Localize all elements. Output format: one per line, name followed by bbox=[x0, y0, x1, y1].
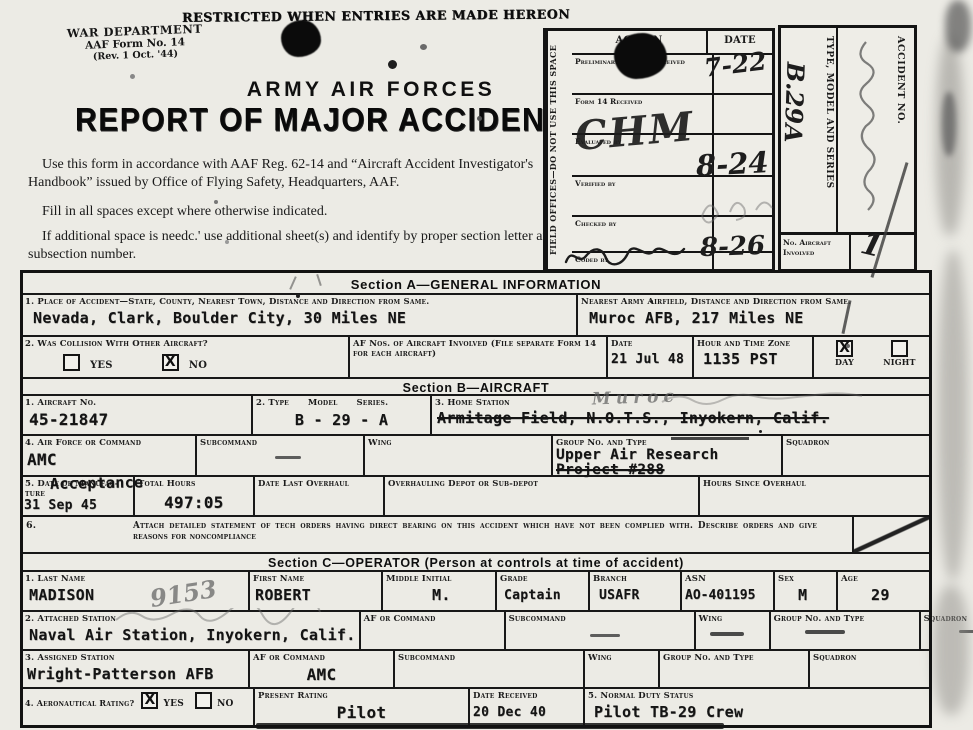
total-hours-label: Total Hours bbox=[138, 479, 250, 489]
branch-label: Branch bbox=[593, 574, 677, 584]
form-id-block: WAR DEPARTMENT AAF Form No. 14 (Rev. 1 O… bbox=[54, 21, 215, 64]
page-corner-shadow bbox=[945, 0, 971, 52]
instructions-paragraph-3: If additional space is needc.' use addit… bbox=[28, 228, 558, 264]
row-collision-date: 2. Was Collision With Other Aircraft? YE… bbox=[22, 337, 930, 379]
subcommand-label: Subcommand bbox=[200, 438, 360, 448]
cutoff-next-section-text bbox=[256, 723, 724, 729]
wing-label: Wing bbox=[368, 438, 548, 448]
home-station-cell: 3. Home Station Armitage Field, N.O.T.S.… bbox=[432, 396, 930, 434]
row-air-force-command: 4. Air Force or Command AMC Subcommand W… bbox=[22, 436, 930, 477]
aeronautical-rating-label: 4. Aeronautical Rating? bbox=[25, 698, 134, 708]
row-attached-station: 2. Attached Station Naval Air Station, I… bbox=[22, 612, 930, 651]
assigned-subcommand-cell: Subcommand bbox=[395, 651, 585, 687]
middle-initial-value: M. bbox=[432, 588, 492, 604]
page-edge-smudge bbox=[942, 92, 956, 156]
restricted-banner: RESTRICTED WHEN ENTRIES ARE MADE HEREON bbox=[182, 6, 570, 24]
handwritten-date-8-24: 8-24 bbox=[695, 148, 769, 181]
hour-time-zone-cell: Hour and Time Zone 1135 PST bbox=[694, 337, 814, 377]
scan-speck bbox=[477, 116, 482, 121]
pencil-dash-mark bbox=[805, 630, 845, 634]
attached-command-cell: AF or Command bbox=[361, 612, 506, 649]
type-model-series-row-label: 2. Type Model Series. bbox=[256, 398, 427, 408]
type-model-series-label: TYPE, MODEL AND SERIES bbox=[823, 36, 834, 189]
handwritten-date-7-22: 7-22 bbox=[703, 48, 768, 80]
af-or-command-label: AF or Command bbox=[364, 614, 501, 624]
normal-duty-status-value: Pilot TB-29 Crew bbox=[594, 705, 927, 721]
scan-speck bbox=[225, 240, 229, 244]
assigned-wing-cell: Wing bbox=[585, 651, 660, 687]
org-title: ARMY AIR FORCES bbox=[178, 78, 564, 102]
subcommand-label: Subcommand bbox=[509, 614, 691, 624]
accident-date-label: Date bbox=[611, 339, 689, 349]
age-value: 29 bbox=[871, 588, 927, 604]
first-name-label: First Name bbox=[253, 574, 378, 584]
attached-group-cell: Group No. and Type bbox=[771, 612, 921, 649]
overhauling-depot-cell: Overhauling Depot or Sub-depot bbox=[385, 477, 700, 515]
present-rating-cell: Present Rating Pilot bbox=[255, 689, 470, 725]
section-a-header: Section A—GENERAL INFORMATION bbox=[22, 272, 930, 295]
assigned-station-cell: 3. Assigned Station Wright-Patterson AFB bbox=[22, 651, 250, 687]
pencil-strike-mark bbox=[671, 437, 749, 440]
af-numbers-label: AF Nos. of Aircraft Involved (File separ… bbox=[353, 339, 603, 359]
place-of-accident-value: Nevada, Clark, Boulder City, 30 Miles NE bbox=[33, 311, 573, 327]
attached-subcommand-cell: Subcommand bbox=[506, 612, 696, 649]
collision-yes-label: YES bbox=[90, 360, 113, 371]
assigned-group-cell: Group No. and Type bbox=[660, 651, 810, 687]
day-checkbox: X bbox=[836, 340, 853, 357]
group-label: Group No. and Type bbox=[663, 653, 805, 663]
middle-initial-label: Middle Initial bbox=[386, 574, 492, 584]
wing-cell: Wing bbox=[365, 436, 553, 475]
row-place-of-accident: 1. Place of Accident—State, County, Near… bbox=[22, 295, 930, 337]
ink-blot bbox=[614, 33, 667, 79]
aircraft-no-cell: 1. Aircraft No. 45-21847 bbox=[22, 396, 253, 434]
hour-time-zone-value: 1135 PST bbox=[703, 352, 809, 368]
assigned-station-label: 3. Assigned Station bbox=[25, 653, 245, 663]
hours-since-overhaul-cell: Hours Since Overhaul bbox=[700, 477, 930, 515]
night-label: NIGHT bbox=[872, 358, 927, 368]
scan-speck bbox=[130, 74, 135, 79]
aircraft-no-label: 1. Aircraft No. bbox=[25, 398, 248, 408]
scanned-accident-report-page: WAR DEPARTMENT AAF Form No. 14 (Rev. 1 O… bbox=[0, 0, 973, 730]
date-received-cell: Date Received 20 Dec 40 bbox=[470, 689, 585, 725]
day-night-cell: X DAY NIGHT bbox=[814, 337, 930, 377]
accident-date-cell: Date 21 Jul 48 bbox=[608, 337, 694, 377]
scan-speck bbox=[214, 200, 218, 204]
hours-since-overhaul-label: Hours Since Overhaul bbox=[703, 479, 927, 489]
row-operator-name: 1. Last Name MADISON 9153 First Name ROB… bbox=[22, 572, 930, 612]
page-edge-smudge bbox=[933, 585, 969, 715]
verified-by-faint-scribble bbox=[690, 182, 780, 226]
squadron-label: Squadron bbox=[786, 438, 927, 448]
af-numbers-cell: AF Nos. of Aircraft Involved (File separ… bbox=[350, 337, 608, 377]
nearest-airfield-cell: Nearest Army Airfield, Distance and Dire… bbox=[578, 295, 930, 335]
attached-station-pencil-scribble bbox=[112, 608, 342, 626]
assigned-command-value: AMC bbox=[253, 667, 390, 684]
scan-speck bbox=[759, 430, 762, 433]
total-hours-cell: Total Hours 497:05 bbox=[135, 477, 255, 515]
coded-by-signature-scribble bbox=[560, 240, 690, 270]
squadron-cell: Squadron bbox=[783, 436, 930, 475]
row-tech-orders: 6. Attach detailed statement of tech ord… bbox=[22, 517, 930, 554]
accident-no-cell: ACCIDENT NO. bbox=[838, 28, 914, 232]
rating-no-label: NO bbox=[217, 699, 233, 709]
place-of-accident-cell: 1. Place of Accident—State, County, Near… bbox=[22, 295, 578, 335]
assigned-command-cell: AF or Command AMC bbox=[250, 651, 395, 687]
date-of-manufacture-value: 31 Sep 45 bbox=[24, 499, 97, 513]
branch-value: USAFR bbox=[599, 589, 677, 603]
last-name-cell: 1. Last Name MADISON 9153 bbox=[22, 572, 250, 610]
sex-value: M bbox=[798, 588, 833, 604]
type-model-series-value: B - 29 - A bbox=[256, 413, 427, 429]
collision-question-label: 2. Was Collision With Other Aircraft? bbox=[25, 339, 345, 349]
page-edge-smudge bbox=[938, 250, 968, 580]
squadron-label: Squadron bbox=[813, 653, 927, 663]
group-cell: Group No. and Type Upper Air Research Pr… bbox=[553, 436, 783, 475]
type-accident-box: TYPE, MODEL AND SERIES B.29A ACCIDENT NO… bbox=[778, 25, 917, 235]
age-cell: Age 29 bbox=[838, 572, 930, 610]
scan-speck bbox=[388, 60, 397, 69]
accident-date-value: 21 Jul 48 bbox=[611, 353, 689, 367]
sex-cell: Sex M bbox=[775, 572, 838, 610]
row-manufacture-hours: 5. Date of Manufac-ture Acceptance 31 Se… bbox=[22, 477, 930, 517]
item-6-number: 6. bbox=[26, 520, 36, 531]
group-label: Group No. and Type bbox=[774, 614, 916, 624]
handwritten-date-8-26: 8-26 bbox=[700, 233, 766, 261]
aircraft-no-value: 45-21847 bbox=[29, 412, 248, 429]
af-or-command-label: AF or Command bbox=[253, 653, 390, 663]
grade-value: Captain bbox=[504, 589, 585, 603]
aircraft-involved-label: No. Aircraft Involved bbox=[781, 235, 851, 269]
last-name-pencil-scribble: 9153 bbox=[149, 577, 219, 611]
overhauling-depot-label: Overhauling Depot or Sub-depot bbox=[388, 479, 695, 489]
normal-duty-status-label: 5. Normal Duty Status bbox=[588, 691, 927, 701]
rating-yes-label: YES bbox=[164, 699, 184, 709]
pencil-dash-mark bbox=[590, 634, 620, 637]
air-force-command-cell: 4. Air Force or Command AMC bbox=[22, 436, 197, 475]
nearest-airfield-value: Muroc AFB, 217 Miles NE bbox=[589, 311, 927, 327]
group-value-line1: Upper Air Research bbox=[556, 448, 778, 463]
aircraft-involved-box: No. Aircraft Involved 1 bbox=[778, 235, 917, 272]
middle-initial-cell: Middle Initial M. bbox=[383, 572, 497, 610]
branch-cell: Branch USAFR bbox=[590, 572, 682, 610]
tech-orders-note: Attach detailed statement of tech orders… bbox=[133, 521, 817, 542]
attached-wing-cell: Wing bbox=[696, 612, 771, 649]
pencil-dash-mark bbox=[275, 456, 301, 459]
page-title: REPORT OF MAJOR ACCIDENT bbox=[70, 103, 570, 140]
tech-orders-cell: 6. Attach detailed statement of tech ord… bbox=[22, 517, 930, 552]
rating-no-checkbox bbox=[195, 692, 212, 709]
collision-question-cell: 2. Was Collision With Other Aircraft? YE… bbox=[22, 337, 350, 377]
first-name-value: ROBERT bbox=[255, 588, 378, 604]
air-force-command-label: 4. Air Force or Command bbox=[25, 438, 192, 448]
type-model-series-row-cell: 2. Type Model Series. B - 29 - A bbox=[253, 396, 432, 434]
normal-duty-status-cell: 5. Normal Duty Status Pilot TB-29 Crew bbox=[585, 689, 930, 725]
handwritten-evaluator-initials: CHM bbox=[573, 107, 696, 157]
aeronautical-rating-cell: 4. Aeronautical Rating? X YES NO bbox=[22, 689, 255, 725]
action-row-date-cell bbox=[714, 95, 772, 133]
asn-label: ASN bbox=[685, 574, 770, 584]
tech-orders-na-box bbox=[852, 517, 930, 552]
first-name-cell: First Name ROBERT bbox=[250, 572, 383, 610]
present-rating-value: Pilot bbox=[258, 705, 465, 722]
night-checkbox bbox=[891, 340, 908, 357]
attached-station-value: Naval Air Station, Inyokern, Calif. bbox=[29, 628, 356, 644]
attached-station-cell: 2. Attached Station Naval Air Station, I… bbox=[22, 612, 361, 649]
section-a-title: Section A—GENERAL INFORMATION bbox=[22, 272, 930, 293]
scan-speck bbox=[296, 294, 300, 298]
field-office-side-label: FIELD OFFICES—DO NOT USE THIS SPACE bbox=[546, 31, 572, 269]
assigned-station-value: Wright-Patterson AFB bbox=[27, 667, 245, 683]
collision-yes-checkbox bbox=[63, 354, 80, 371]
subcommand-label: Subcommand bbox=[398, 653, 580, 663]
rating-yes-checkbox: X bbox=[141, 692, 158, 709]
row-assigned-station: 3. Assigned Station Wright-Patterson AFB… bbox=[22, 651, 930, 689]
instructions-paragraph-2: Fill in all spaces except where otherwis… bbox=[28, 203, 556, 221]
section-c-header: Section C—OPERATOR (Person at controls a… bbox=[22, 554, 930, 572]
ink-blot bbox=[281, 20, 321, 57]
home-station-value: Armitage Field, N.O.T.S., Inyokern, Cali… bbox=[437, 411, 927, 427]
type-model-series-cell: TYPE, MODEL AND SERIES B.29A bbox=[781, 28, 838, 232]
accident-no-scribble bbox=[846, 36, 886, 226]
wing-label: Wing bbox=[588, 653, 655, 663]
asn-cell: ASN AO-401195 bbox=[682, 572, 775, 610]
date-last-overhaul-cell: Date Last Overhaul bbox=[255, 477, 385, 515]
handwritten-type-model: B.29A bbox=[781, 62, 808, 143]
collision-no-checkbox: X bbox=[162, 354, 179, 371]
date-received-label: Date Received bbox=[473, 691, 580, 701]
instructions-paragraph-1: Use this form in accordance with AAF Reg… bbox=[28, 156, 556, 192]
hour-time-zone-label: Hour and Time Zone bbox=[697, 339, 809, 349]
wing-label: Wing bbox=[699, 614, 766, 624]
date-received-value: 20 Dec 40 bbox=[473, 706, 580, 720]
manufacture-typed-overlay: Acceptance bbox=[50, 475, 144, 492]
assigned-squadron-cell: Squadron bbox=[810, 651, 930, 687]
day-label: DAY bbox=[817, 358, 872, 368]
present-rating-label: Present Rating bbox=[258, 691, 465, 701]
section-c-title: Section C—OPERATOR (Person at controls a… bbox=[22, 554, 930, 570]
date-last-overhaul-label: Date Last Overhaul bbox=[258, 479, 380, 489]
grade-label: Grade bbox=[500, 574, 585, 584]
place-of-accident-label: 1. Place of Accident—State, County, Near… bbox=[25, 297, 573, 307]
accident-no-label: ACCIDENT NO. bbox=[895, 36, 906, 124]
subcommand-cell: Subcommand bbox=[197, 436, 365, 475]
scan-speck bbox=[650, 300, 653, 303]
scan-speck bbox=[846, 344, 850, 348]
pencil-dash-mark bbox=[710, 632, 744, 636]
home-station-pencil-scribble bbox=[660, 392, 870, 408]
date-of-manufacture-cell: 5. Date of Manufac-ture Acceptance 31 Se… bbox=[22, 477, 135, 515]
total-hours-value: 497:05 bbox=[164, 495, 250, 512]
collision-no-label: NO bbox=[189, 360, 207, 371]
air-force-command-value: AMC bbox=[27, 452, 192, 469]
nearest-airfield-label: Nearest Army Airfield, Distance and Dire… bbox=[581, 297, 927, 307]
grade-cell: Grade Captain bbox=[497, 572, 590, 610]
scan-speck bbox=[420, 44, 427, 50]
age-label: Age bbox=[841, 574, 927, 584]
row-aircraft-identity: 1. Aircraft No. 45-21847 2. Type Model S… bbox=[22, 396, 930, 436]
asn-value: AO-401195 bbox=[685, 589, 770, 603]
sex-label: Sex bbox=[778, 574, 833, 584]
